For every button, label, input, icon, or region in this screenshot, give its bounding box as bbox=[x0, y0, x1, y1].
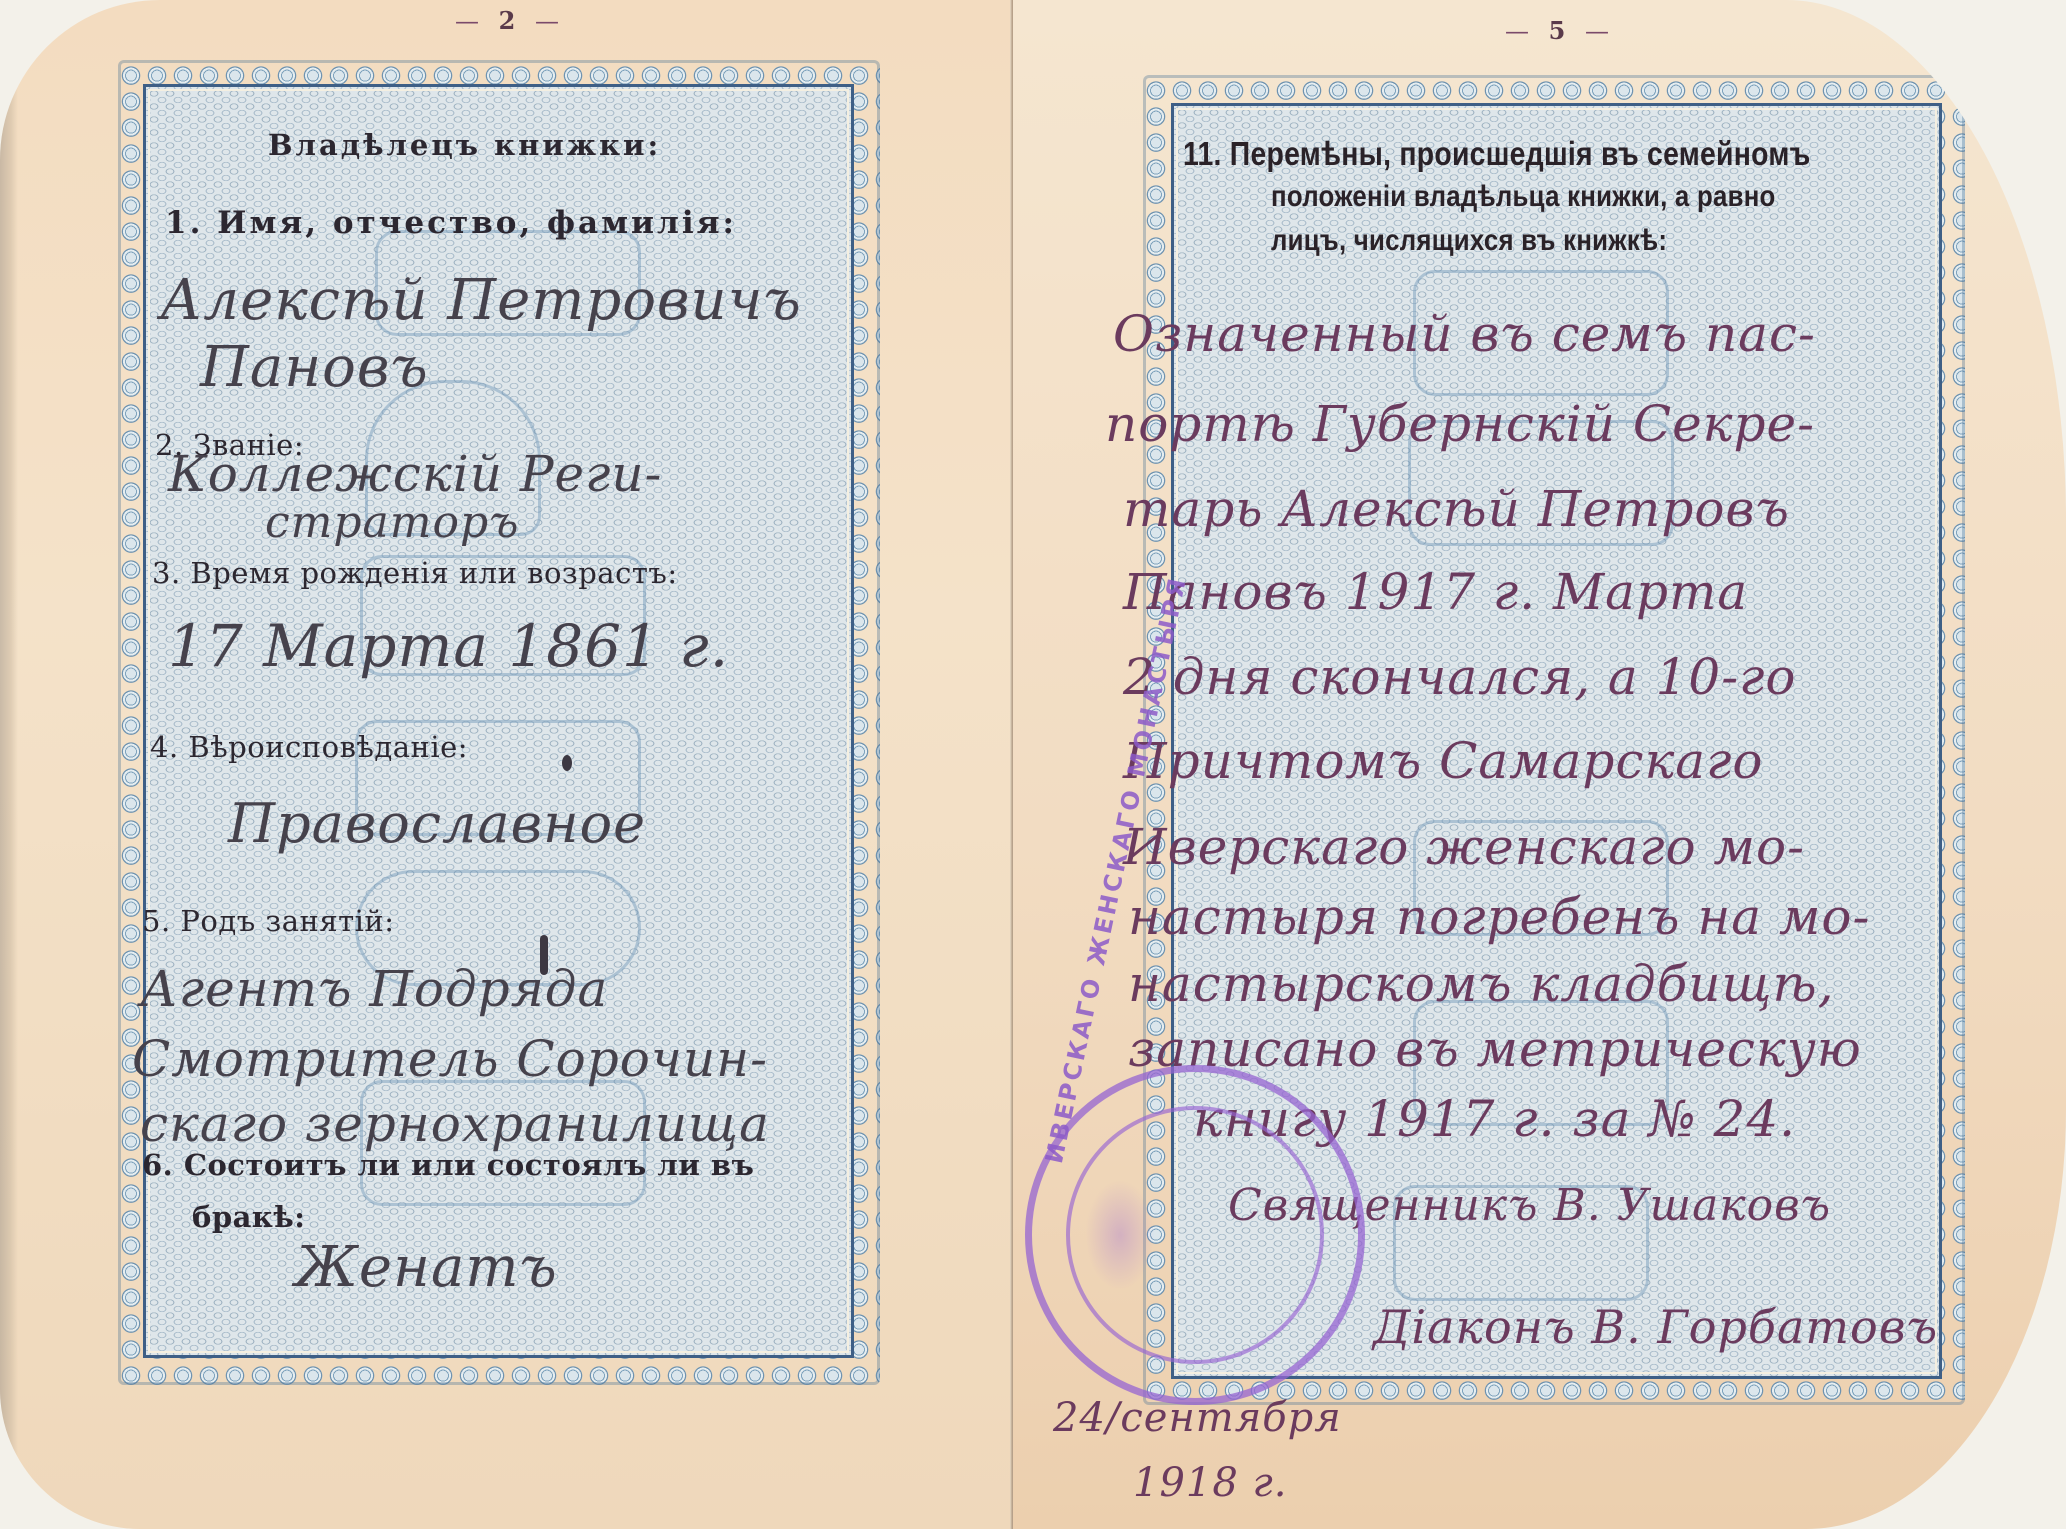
field-label-religion: 4. Вѣроисповѣданіе: bbox=[150, 730, 468, 764]
ink-blot bbox=[540, 935, 548, 975]
entry-line-7: Иверскаго женскаго мо- bbox=[1123, 818, 1805, 876]
right-page-number: — 5 — bbox=[1505, 16, 1615, 45]
handwritten-name-line2: Пановъ bbox=[200, 335, 429, 400]
handwritten-occupation-line2: Смотритель Сорочин- bbox=[132, 1030, 768, 1088]
field-label-marriage-line1: 6. Состоитъ ли или состоялъ ли въ bbox=[142, 1148, 754, 1182]
entry-line-10: записано въ метрическую bbox=[1128, 1020, 1862, 1078]
stamp-emblem-icon bbox=[1085, 1180, 1155, 1290]
signature-deacon: Діаконъ В. Горбатовъ bbox=[1373, 1300, 1938, 1354]
entry-line-4: Пановъ 1917 г. Марта bbox=[1123, 563, 1748, 621]
booklet-spread: — 2 — Владѣлецъ книжки: 1. Имя, отчество… bbox=[0, 0, 2066, 1529]
owner-heading: Владѣлецъ книжки: bbox=[268, 128, 661, 162]
handwritten-date-line2: 1918 г. bbox=[1133, 1460, 1287, 1506]
ink-blot bbox=[562, 755, 572, 771]
left-page-number: — 2 — bbox=[455, 6, 565, 35]
changes-heading-line1: 11. Перемѣны, происшедшія въ семейномъ bbox=[1183, 135, 1811, 173]
field-label-name: 1. Имя, отчество, фамилія: bbox=[165, 205, 737, 241]
field-label-marriage-line2: бракѣ: bbox=[192, 1200, 305, 1234]
handwritten-birth-date: 17 Марта 1861 г. bbox=[168, 612, 729, 680]
handwritten-religion: Православное bbox=[228, 792, 646, 855]
handwritten-occupation-line1: Агентъ Подряда bbox=[140, 960, 608, 1018]
field-label-occupation: 5. Родъ занятій: bbox=[142, 904, 395, 938]
entry-line-3: тарь Алексѣй Петровъ bbox=[1123, 480, 1790, 538]
entry-line-9: настырскомъ кладбищѣ, bbox=[1128, 955, 1835, 1013]
handwritten-rank-line1: Коллежскій Реги- bbox=[168, 445, 662, 503]
entry-line-2: портѣ Губернскій Секре- bbox=[1105, 395, 1815, 453]
entry-line-6: Причтомъ Самарскаго bbox=[1123, 732, 1763, 790]
changes-heading-line2: положеніи владѣльца книжки, а равно bbox=[1271, 180, 1776, 214]
handwritten-marital-status: Женатъ bbox=[295, 1235, 558, 1300]
handwritten-rank-line2: страторъ bbox=[265, 497, 519, 548]
field-label-birth: 3. Время рожденія или возрастъ: bbox=[152, 556, 678, 590]
handwritten-occupation-line3: скаго зернохранилища bbox=[140, 1095, 770, 1153]
entry-line-5: 2 дня скончался, а 10-го bbox=[1123, 648, 1796, 706]
handwritten-name-line1: Алексѣй Петровичъ bbox=[160, 268, 802, 333]
changes-heading-line3: лицъ, числящихся въ книжкѣ: bbox=[1271, 224, 1667, 258]
left-page: — 2 — Владѣлецъ книжки: 1. Имя, отчество… bbox=[0, 0, 1013, 1529]
entry-line-1: Означенный въ семъ пас- bbox=[1113, 305, 1816, 363]
entry-line-8: настыря погребенъ на мо- bbox=[1128, 888, 1870, 946]
